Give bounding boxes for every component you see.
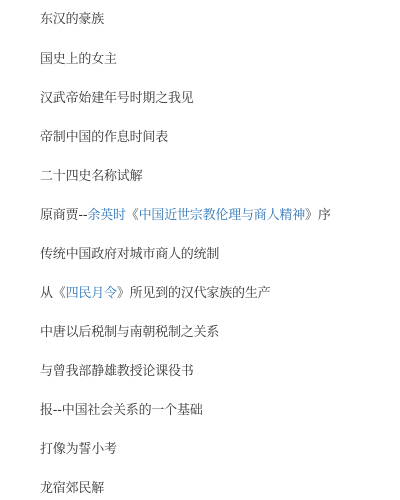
item-title: 原商贾-- — [40, 208, 87, 223]
item-title: 报--中国社会关系的一个基础 — [40, 403, 203, 418]
item-title: 国史上的女主 — [40, 52, 117, 67]
book-link[interactable]: 中国近世宗教伦理与商人精神 — [139, 208, 305, 223]
list-item: 原商贾--余英时《中国近世宗教伦理与商人精神》序 — [40, 206, 331, 226]
item-title: 与曾我部静雄教授论课役书 — [40, 364, 194, 379]
list-item: 从《四民月令》所见到的汉代家族的生产 — [40, 284, 270, 304]
item-title: 龙宿郊民解 — [40, 481, 104, 496]
item-suffix: 》序 — [305, 208, 331, 223]
book-link[interactable]: 四民月令 — [66, 286, 117, 301]
item-title: 汉武帝始建年号时期之我见 — [40, 91, 194, 106]
item-title: 传统中国政府对城市商人的统制 — [40, 247, 219, 262]
item-title: 帝制中国的作息时间表 — [40, 130, 168, 145]
list-item: 打像为誓小考 — [40, 440, 117, 460]
list-item: 龙宿郊民解 — [40, 479, 104, 499]
list-item: 传统中国政府对城市商人的统制 — [40, 245, 219, 265]
item-suffix: 》所见到的汉代家族的生产 — [117, 286, 271, 301]
list-item: 报--中国社会关系的一个基础 — [40, 401, 203, 421]
list-item: 国史上的女主 — [40, 50, 117, 70]
book-bracket-open: 《 — [126, 208, 139, 223]
author-link[interactable]: 余英时 — [87, 208, 125, 223]
list-item: 二十四史名称试解 — [40, 167, 142, 187]
item-title: 打像为誓小考 — [40, 442, 117, 457]
item-prefix: 从《 — [40, 286, 66, 301]
item-title: 中唐以后税制与南朝税制之关系 — [40, 325, 219, 340]
list-item: 汉武帝始建年号时期之我见 — [40, 89, 194, 109]
list-item: 与曾我部静雄教授论课役书 — [40, 362, 194, 382]
item-title: 东汉的豪族 — [40, 12, 104, 27]
list-item: 东汉的豪族 — [40, 10, 104, 30]
list-item: 中唐以后税制与南朝税制之关系 — [40, 323, 219, 343]
list-item: 帝制中国的作息时间表 — [40, 128, 168, 148]
item-title: 二十四史名称试解 — [40, 169, 142, 184]
